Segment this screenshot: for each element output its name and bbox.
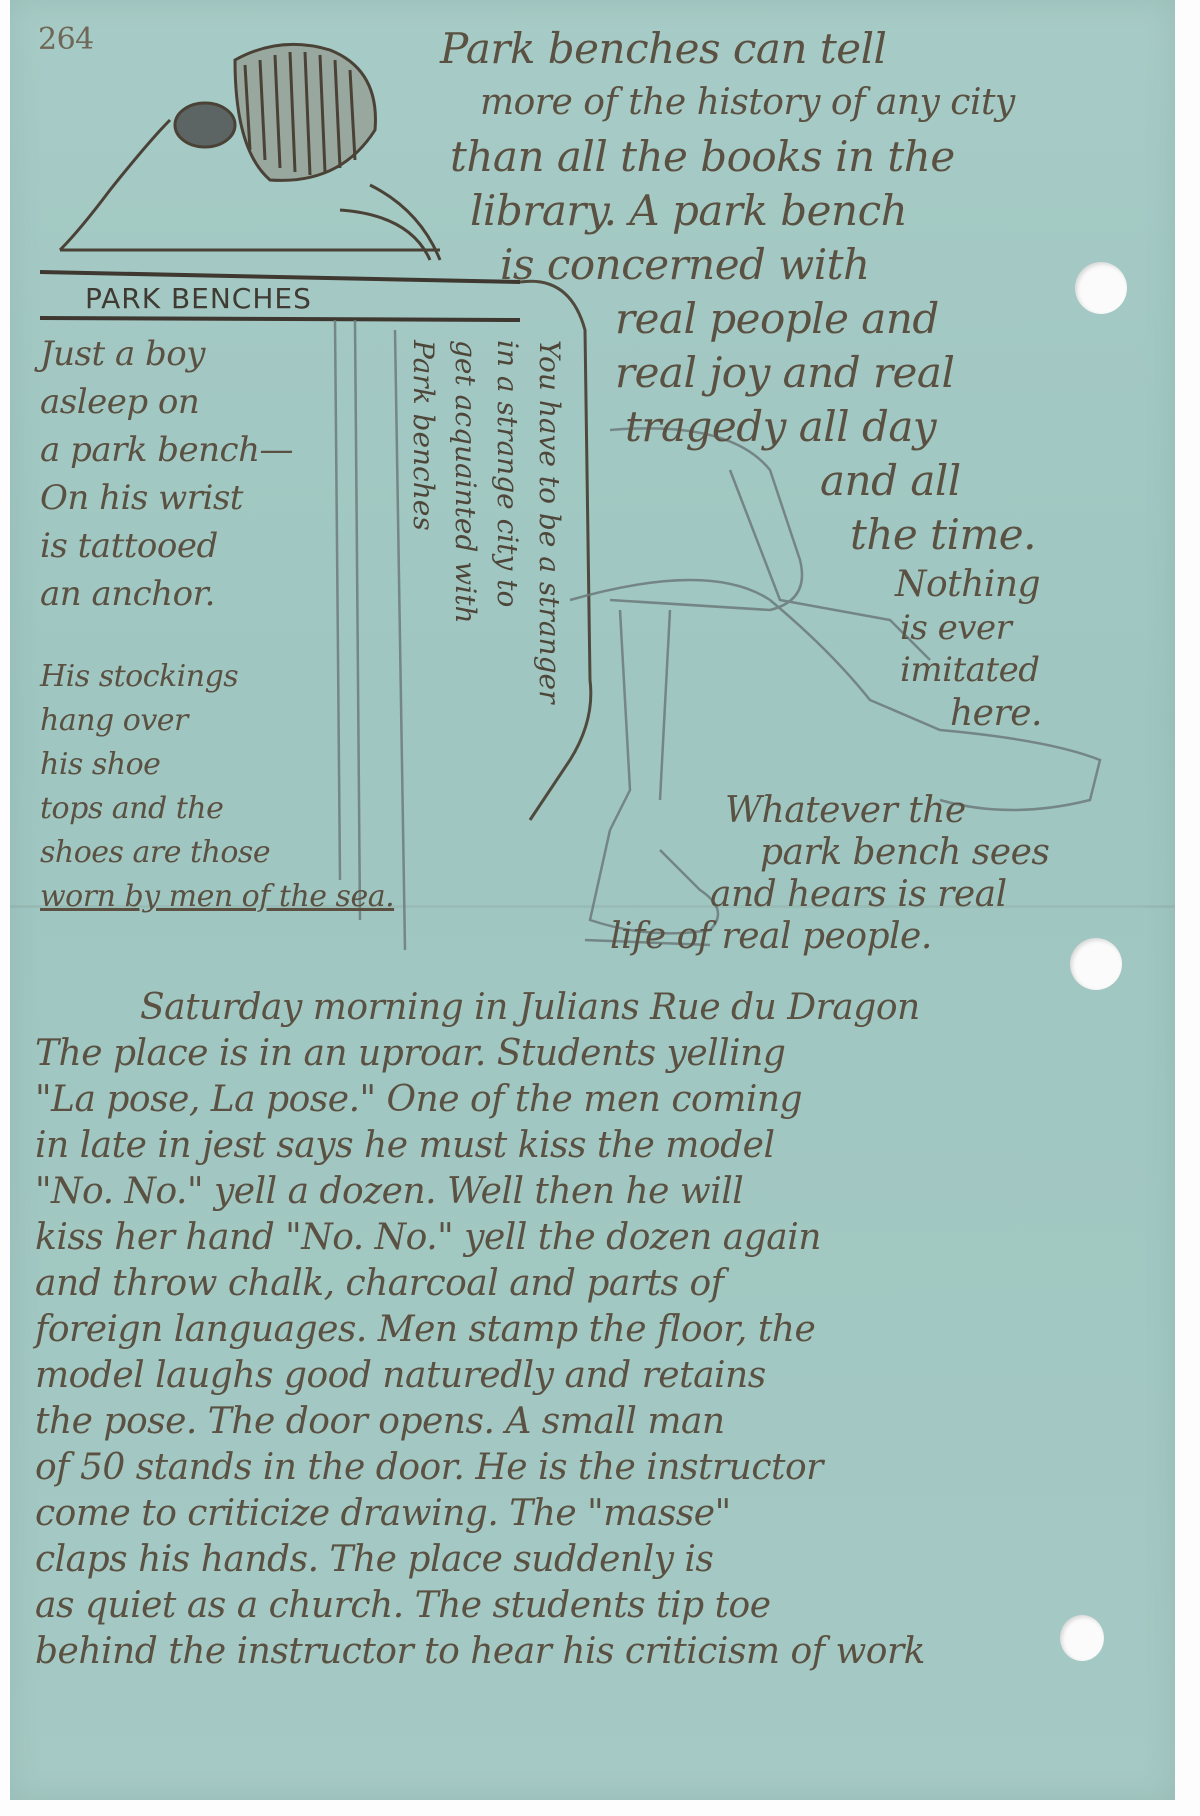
text-line: real people and: [615, 292, 1042, 346]
text-line: here.: [950, 692, 1042, 736]
closing-note: Whatever the park bench sees and hears i…: [710, 790, 1049, 958]
text-line: "La pose, La pose." One of the men comin…: [35, 1077, 925, 1123]
text-line: get acquainted with: [444, 340, 486, 703]
text-line: On his wrist: [40, 474, 293, 522]
text-line: real joy and real: [615, 346, 1042, 400]
text-line: is tattooed: [40, 522, 293, 570]
text-line: tragedy all day: [625, 400, 1042, 454]
text-line: tops and the: [40, 787, 394, 831]
text-line: behind the instructor to hear his critic…: [35, 1629, 925, 1675]
text-line: an anchor.: [40, 570, 293, 618]
caption-stockings: His stockings hang over his shoe tops an…: [40, 655, 394, 919]
text-line: more of the history of any city: [480, 76, 1042, 130]
text-line: come to criticize drawing. The "masse": [35, 1491, 925, 1537]
text-line: library. A park bench: [470, 184, 1042, 238]
text-line: asleep on: [40, 378, 293, 426]
text-line: Saturday morning in Julians Rue du Drago…: [140, 985, 925, 1031]
text-line: Park benches: [402, 340, 444, 703]
text-line: You have to be a stranger: [528, 340, 570, 703]
text-line: and throw chalk, charcoal and parts of: [35, 1261, 925, 1307]
cap-icon: [175, 44, 375, 180]
text-line: Park benches can tell: [440, 22, 1042, 76]
text-line: as quiet as a church. The students tip t…: [35, 1583, 925, 1629]
text-line: in a strange city to: [486, 340, 528, 703]
text-line: hang over: [40, 699, 394, 743]
page-number: 264: [38, 22, 94, 57]
punch-hole-bottom: [1060, 1615, 1104, 1661]
text-line: the time.: [850, 508, 1042, 562]
text-line: Just a boy: [40, 330, 293, 378]
text-line: his shoe: [40, 743, 394, 787]
text-line: Nothing: [895, 562, 1042, 608]
text-line: "No. No." yell a dozen. Well then he wil…: [35, 1169, 925, 1215]
text-line: is concerned with: [500, 238, 1042, 292]
caption-boy-asleep: Just a boy asleep on a park bench— On hi…: [40, 330, 293, 618]
text-line: worn by men of the sea.: [40, 875, 394, 919]
text-line: The place is in an uproar. Students yell…: [35, 1031, 925, 1077]
text-line: of 50 stands in the door. He is the inst…: [35, 1445, 925, 1491]
text-line: claps his hands. The place suddenly is: [35, 1537, 925, 1583]
text-line: park bench sees: [760, 832, 1049, 874]
text-line: model laughs good naturedly and retains: [35, 1353, 925, 1399]
text-line: foreign languages. Men stamp the floor, …: [35, 1307, 925, 1353]
notebook-page: 264 PARK BENCHES Park benches can tell m…: [10, 0, 1175, 1800]
text-line: in late in jest says he must kiss the mo…: [35, 1123, 925, 1169]
text-line: a park bench—: [40, 426, 293, 474]
text-line: imitated: [900, 648, 1042, 692]
text-line: His stockings: [40, 655, 394, 699]
text-line: and all: [820, 454, 1042, 508]
journal-entry-body: Saturday morning in Julians Rue du Drago…: [35, 985, 925, 1675]
text-line: and hears is real: [710, 874, 1049, 916]
text-line: the pose. The door opens. A small man: [35, 1399, 925, 1445]
sketch-title: PARK BENCHES: [85, 282, 312, 315]
text-line: kiss her hand "No. No." yell the dozen a…: [35, 1215, 925, 1261]
text-line: shoes are those: [40, 831, 394, 875]
text-line: than all the books in the: [450, 130, 1042, 184]
text-line: life of real people.: [610, 916, 1049, 958]
vertical-stranger-text: You have to be a stranger in a strange c…: [402, 340, 570, 703]
text-line: Whatever the: [725, 790, 1049, 832]
text-line: is ever: [900, 608, 1042, 648]
